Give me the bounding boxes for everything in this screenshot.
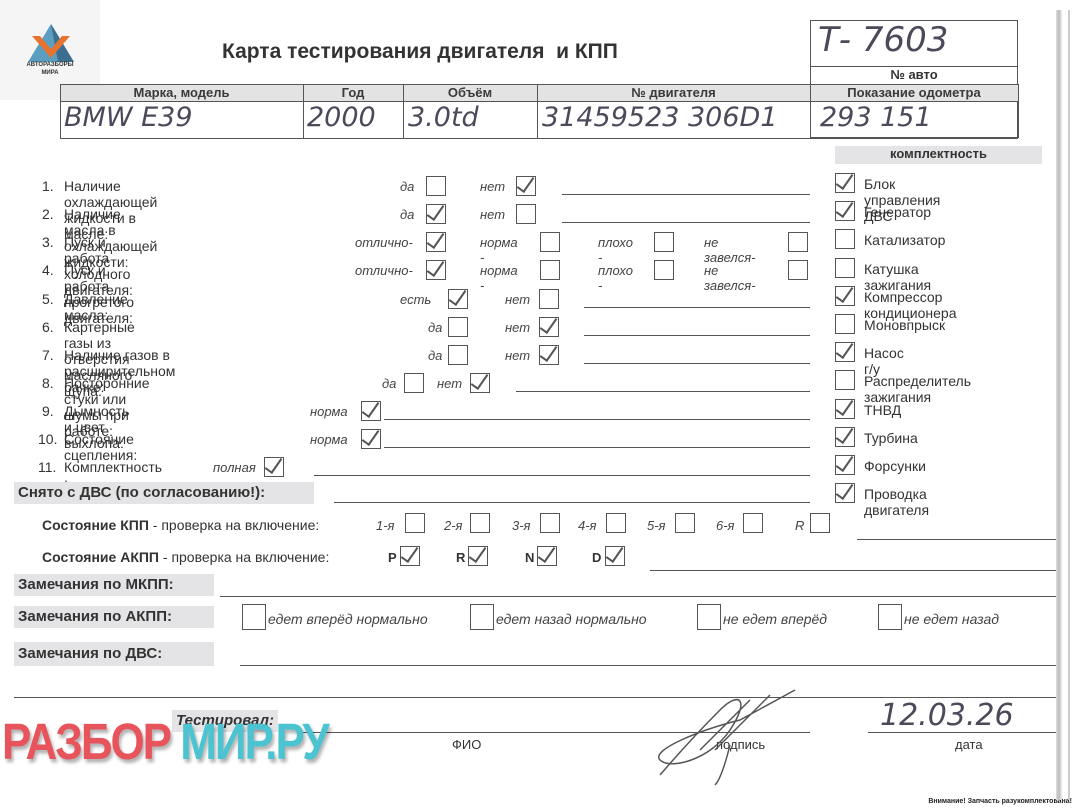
option-label: нет — [480, 179, 505, 194]
watermark: РАЗБОР МИР.РУ — [2, 714, 328, 772]
scan-edge — [1056, 10, 1062, 800]
brand-value[interactable]: BMW E39 — [64, 102, 193, 133]
year-value[interactable]: 2000 — [307, 102, 376, 133]
akpp-remark-checkbox[interactable] — [697, 604, 721, 630]
kit-checkbox[interactable] — [835, 483, 855, 503]
option-label: норма - — [480, 235, 518, 265]
kit-item-label: Распределитель зажигания — [864, 373, 971, 405]
question-number: 7. — [42, 347, 54, 363]
option-checkbox[interactable] — [426, 204, 446, 224]
option-label: нет — [480, 207, 505, 222]
option-checkbox[interactable] — [539, 345, 559, 365]
answer-line[interactable] — [584, 335, 810, 336]
kit-checkbox[interactable] — [835, 173, 855, 193]
scan-edge-line — [1068, 10, 1070, 800]
option-label: да — [428, 348, 442, 363]
option-checkbox[interactable] — [448, 289, 468, 309]
kit-item-label: Компрессор кондиционера — [864, 289, 957, 321]
answer-line[interactable] — [584, 307, 810, 308]
gear-checkbox[interactable] — [468, 546, 488, 566]
question-number: 10. — [38, 431, 57, 447]
option-checkbox[interactable] — [426, 176, 446, 196]
col-header-odometer: Показание одометра — [810, 85, 1018, 100]
question-number: 9. — [42, 403, 54, 419]
kit-item-label: Турбина — [864, 430, 918, 446]
gear-checkbox[interactable] — [400, 546, 420, 566]
logo-text-line2: МИРА — [0, 70, 100, 76]
gear-label: R — [795, 518, 804, 533]
gear-label: N — [525, 550, 534, 565]
kit-item-label: ТНВД — [864, 402, 901, 418]
option-checkbox[interactable] — [540, 260, 560, 280]
gear-checkbox[interactable] — [606, 513, 626, 533]
gear-checkbox[interactable] — [537, 546, 557, 566]
question-number: 6. — [42, 319, 54, 335]
option-checkbox[interactable] — [654, 232, 674, 252]
date-value[interactable]: 12.03.26 — [880, 698, 1014, 733]
option-label: отлично- — [355, 263, 413, 278]
kit-checkbox[interactable] — [835, 229, 855, 249]
option-label: нет — [505, 292, 530, 307]
akpp-remark-label: не едет вперёд — [723, 611, 827, 627]
col-header-year: Год — [303, 85, 403, 100]
logo-text-line1: АВТОРАЗБОРЫ — [0, 62, 100, 68]
option-label: нет — [505, 348, 530, 363]
gear-label: D — [592, 550, 601, 565]
option-checkbox[interactable] — [788, 260, 808, 280]
option-checkbox[interactable] — [361, 429, 381, 449]
akpp-remark-label: не едет назад — [904, 611, 999, 627]
col-header-volume: Объём — [403, 85, 537, 100]
gear-checkbox[interactable] — [743, 513, 763, 533]
answer-line[interactable] — [516, 391, 810, 392]
question-number: 4. — [42, 262, 54, 278]
kit-checkbox[interactable] — [835, 258, 855, 278]
akpp-remark-checkbox[interactable] — [242, 604, 266, 630]
option-label: плохо - — [598, 263, 633, 293]
gear-checkbox[interactable] — [675, 513, 695, 533]
akpp-remarks-label: Замечания по АКПП: — [14, 606, 214, 628]
option-label: да — [400, 207, 414, 222]
option-label: да — [428, 320, 442, 335]
option-checkbox[interactable] — [448, 345, 468, 365]
option-checkbox[interactable] — [516, 204, 536, 224]
option-checkbox[interactable] — [426, 232, 446, 252]
answer-line[interactable] — [562, 222, 810, 223]
question-number: 5. — [42, 291, 54, 307]
odometer-value[interactable]: 293 151 — [820, 102, 932, 133]
akpp-remark-checkbox[interactable] — [470, 604, 494, 630]
option-checkbox[interactable] — [654, 260, 674, 280]
answer-line[interactable] — [314, 475, 810, 476]
option-label: плохо - — [598, 235, 633, 265]
gear-label: P — [388, 550, 397, 565]
option-label: не завелся- — [704, 263, 756, 293]
option-label: норма — [310, 404, 348, 419]
akpp-remark-checkbox[interactable] — [878, 604, 902, 630]
kit-item-label: Насос г/у — [864, 345, 904, 377]
option-checkbox[interactable] — [448, 317, 468, 337]
signature-icon — [630, 680, 810, 790]
option-label: норма — [310, 432, 348, 447]
kit-checkbox[interactable] — [835, 399, 855, 419]
gear-label: 3-я — [512, 518, 531, 533]
gear-label: 4-я — [578, 518, 597, 533]
option-checkbox[interactable] — [264, 457, 284, 477]
question-number: 8. — [42, 375, 54, 391]
option-checkbox[interactable] — [516, 176, 536, 196]
kit-checkbox[interactable] — [835, 286, 855, 306]
kit-item-label: Проводка двигателя — [864, 486, 929, 518]
mkpp-remarks-label: Замечания по МКПП: — [14, 574, 214, 596]
option-checkbox[interactable] — [404, 373, 424, 393]
option-label: отлично- — [355, 235, 413, 250]
akpp-remark-label: едет назад нормально — [496, 611, 647, 627]
option-label: да — [400, 179, 414, 194]
warning-text: Внимание! Запчасть разукомплектована! — [928, 798, 1072, 805]
kit-checkbox[interactable] — [835, 427, 855, 447]
question-number: 3. — [42, 234, 54, 250]
option-checkbox[interactable] — [426, 260, 446, 280]
kit-title: комплектность — [835, 146, 1042, 164]
question-number: 1. — [42, 178, 54, 194]
gear-checkbox[interactable] — [810, 513, 830, 533]
option-label: да — [382, 376, 396, 391]
option-checkbox[interactable] — [539, 317, 559, 337]
answer-line[interactable] — [562, 194, 810, 195]
gear-label: 2-я — [444, 518, 463, 533]
car-number-label: № авто — [810, 67, 1018, 82]
dvs-remarks-label: Замечания по ДВС: — [14, 642, 214, 666]
option-checkbox[interactable] — [470, 373, 490, 393]
gear-checkbox[interactable] — [470, 513, 490, 533]
engine-number-value[interactable]: 31459523 306D1 — [542, 102, 778, 133]
fio-label: ФИО — [452, 737, 481, 752]
kit-item-label: Генератор — [864, 204, 931, 220]
gear-label: R — [456, 550, 465, 565]
col-header-engine-number: № двигателя — [537, 85, 810, 100]
option-checkbox[interactable] — [788, 232, 808, 252]
kit-item-label: Моновпрыск — [864, 317, 945, 333]
gear-checkbox[interactable] — [540, 513, 560, 533]
question-number: 2. — [42, 206, 54, 222]
gear-label: 1-я — [376, 518, 395, 533]
option-label: нет — [505, 320, 530, 335]
kit-checkbox[interactable] — [835, 201, 855, 221]
gear-checkbox[interactable] — [405, 513, 425, 533]
answer-line[interactable] — [384, 447, 810, 448]
car-number-value: Т- 7603 — [818, 20, 948, 60]
option-checkbox[interactable] — [361, 401, 381, 421]
option-checkbox[interactable] — [540, 232, 560, 252]
volume-value[interactable]: 3.0td — [408, 102, 479, 133]
auto-gearbox-label: Состояние АКПП - проверка на включение: — [42, 549, 329, 565]
option-label: полная — [213, 460, 256, 475]
kit-item-label: Катушка зажигания — [864, 261, 931, 293]
option-label: нет — [437, 376, 462, 391]
triangle-v-logo-icon — [28, 24, 74, 62]
kit-checkbox[interactable] — [835, 370, 855, 390]
answer-line[interactable] — [584, 363, 810, 364]
gear-label: 6-я — [716, 518, 735, 533]
question-number: 11. — [38, 459, 56, 475]
gear-checkbox[interactable] — [605, 546, 625, 566]
kit-item-label: Катализатор — [864, 232, 945, 248]
manual-gearbox-label: Состояние КПП - проверка на включение: — [42, 517, 319, 533]
removed-label: Снято с ДВС (по согласованию!): — [14, 482, 314, 504]
kit-checkbox[interactable] — [835, 342, 855, 362]
date-label: дата — [955, 737, 983, 752]
gear-label: 5-я — [647, 518, 666, 533]
page-title: Карта тестирования двигателя и КПП — [222, 40, 618, 64]
option-checkbox[interactable] — [539, 289, 559, 309]
answer-line[interactable] — [384, 419, 810, 420]
col-header-brand: Марка, модель — [60, 85, 303, 100]
kit-checkbox[interactable] — [835, 455, 855, 475]
option-label: норма - — [480, 263, 518, 293]
akpp-remark-label: едет вперёд нормально — [268, 611, 428, 627]
option-label: не завелся- — [704, 235, 756, 265]
option-label: есть — [400, 292, 431, 307]
kit-checkbox[interactable] — [835, 314, 855, 334]
kit-item-label: Форсунки — [864, 458, 926, 474]
